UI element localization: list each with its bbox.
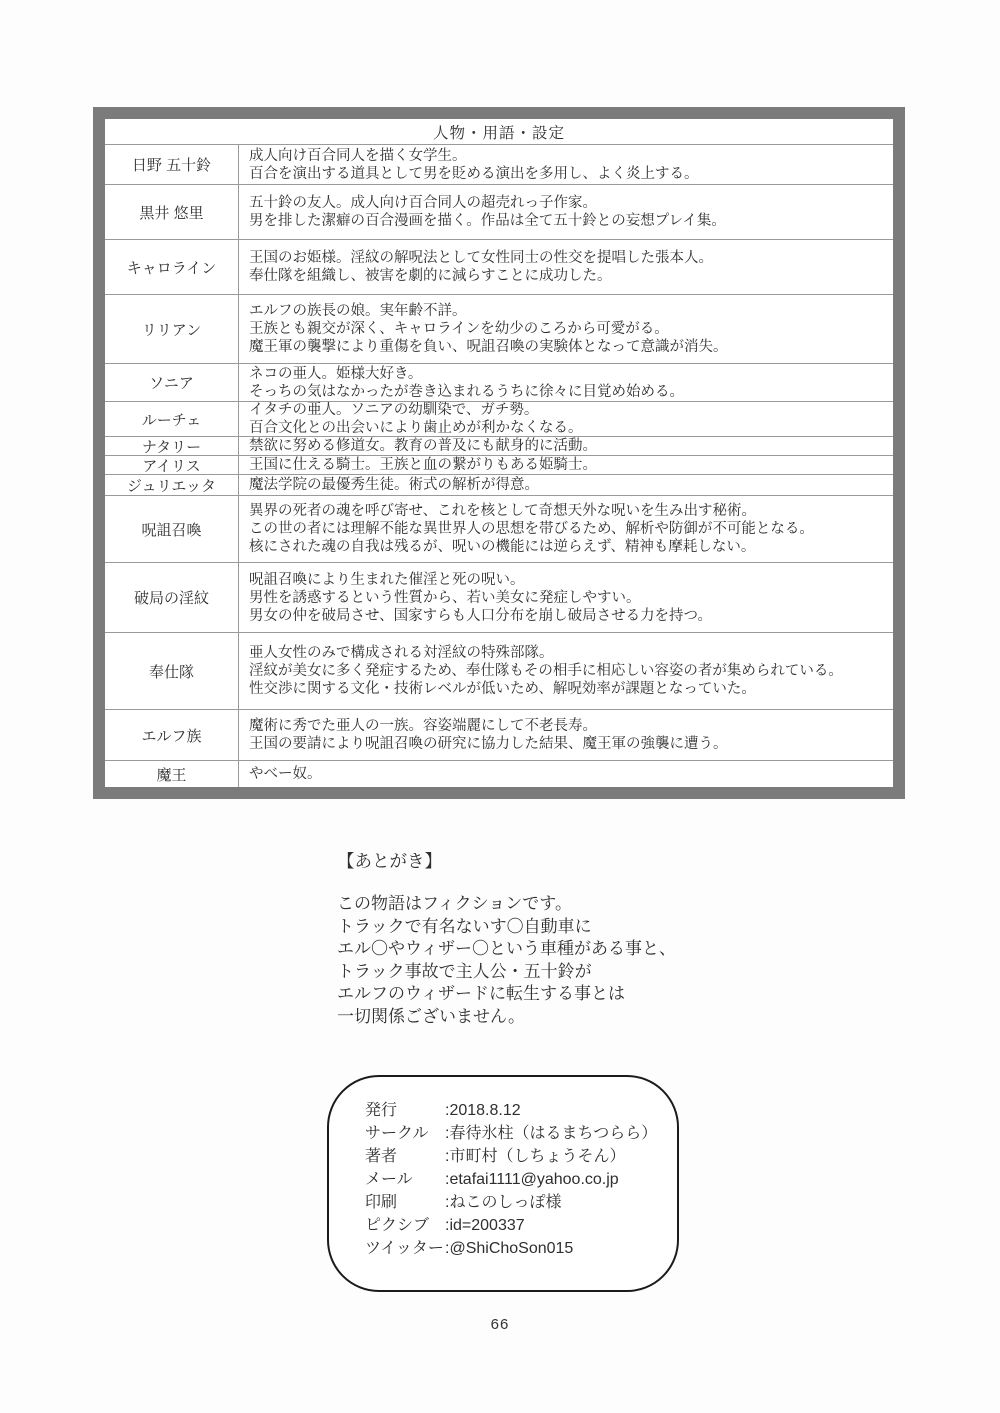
table-row: 黒井 悠里 五十鈴の友人。成人向け百合同人の超売れっ子作家。 男を排した潔癖の百… [105, 184, 893, 239]
afterword-heading: 【あとがき】 [337, 848, 676, 873]
table-row: ナタリー 禁欲に努める修道女。教育の普及にも献身的に活動。 [105, 436, 893, 455]
description-line: 王国に仕える騎士。王族と血の繋がりもある姫騎士。 [249, 456, 885, 474]
term-name: キャロライン [105, 240, 239, 294]
table-row: リリアン エルフの族長の娘。実年齢不詳。 王族とも親交が深く、キャロラインを幼少… [105, 294, 893, 363]
colophon-value: :市町村（しちょうそん） [445, 1145, 625, 1168]
term-description: 異界の死者の魂を呼び寄せ、これを核として奇想天外な呪いを生み出す秘術。 この世の… [239, 496, 893, 562]
table-row: 呪詛召喚 異界の死者の魂を呼び寄せ、これを核として奇想天外な呪いを生み出す秘術。… [105, 495, 893, 562]
description-line: 淫紋が美女に多く発症するため、奉仕隊もその相手に相応しい容姿の者が集められている… [249, 662, 885, 680]
table-row: アイリス 王国に仕える騎士。王族と血の繋がりもある姫騎士。 [105, 455, 893, 474]
term-name: 魔王 [105, 761, 239, 787]
term-description: ネコの亜人。姫様大好き。 そっちの気はなかったが巻き込まれるうちに徐々に目覚め始… [239, 364, 893, 401]
term-name: 奉仕隊 [105, 633, 239, 709]
afterword-line: エル〇やウィザー〇という車種がある事と、 [337, 938, 676, 961]
term-name: ルーチェ [105, 402, 239, 436]
description-line: 男女の仲を破局させ、国家すらも人口分布を崩し破局させる力を持つ。 [249, 607, 885, 625]
term-description: イタチの亜人。ソニアの幼馴染で、ガチ勢。 百合文化との出会いにより歯止めが利かな… [239, 402, 893, 436]
colophon-label: 発行 [365, 1099, 445, 1122]
glossary-table: 人物・用語・設定 日野 五十鈴 成人向け百合同人を描く女学生。 百合を演出する道… [93, 107, 905, 799]
page-number: 66 [0, 1316, 1000, 1333]
colophon-value: :id=200337 [445, 1214, 525, 1237]
afterword-line: この物語はフィクションです。 [337, 893, 676, 916]
term-description: 魔法学院の最優秀生徒。術式の解析が得意。 [239, 475, 893, 495]
description-line: 男性を誘惑するという性質から、若い美女に発症しやすい。 [249, 589, 885, 607]
description-line: 五十鈴の友人。成人向け百合同人の超売れっ子作家。 [249, 194, 885, 212]
term-description: 王国のお姫様。淫紋の解呪法として女性同士の性交を提唱した張本人。 奉仕隊を組織し… [239, 240, 893, 294]
description-line: この世の者には理解不能な異世界人の思想を帯びるため、解析や防御が不可能となる。 [249, 520, 885, 538]
term-description: 成人向け百合同人を描く女学生。 百合を演出する道具として男を貶める演出を多用し、… [239, 145, 893, 184]
afterword-section: 【あとがき】 この物語はフィクションです。 トラックで有名ないす〇自動車に エル… [337, 848, 676, 1028]
table-title: 人物・用語・設定 [105, 119, 893, 144]
colophon-row: ツイッター :@ShiChoSon015 [365, 1237, 677, 1260]
table-row: 破局の淫紋 呪詛召喚により生まれた催淫と死の呪い。 男性を誘惑するという性質から… [105, 562, 893, 632]
colophon-label: ピクシブ [365, 1214, 445, 1237]
description-line: エルフの族長の娘。実年齢不詳。 [249, 302, 885, 320]
term-name: 日野 五十鈴 [105, 145, 239, 184]
afterword-line: トラックで有名ないす〇自動車に [337, 916, 676, 939]
table-row: キャロライン 王国のお姫様。淫紋の解呪法として女性同士の性交を提唱した張本人。 … [105, 239, 893, 294]
colophon-value: :etafai1111@yahoo.co.jp [445, 1168, 619, 1191]
description-line: 魔王軍の襲撃により重傷を負い、呪詛召喚の実験体となって意識が消失。 [249, 338, 885, 356]
colophon-label: サークル [365, 1122, 445, 1145]
colophon-label: ツイッター [365, 1237, 445, 1260]
colophon-value: :@ShiChoSon015 [445, 1237, 573, 1260]
description-line: 王国のお姫様。淫紋の解呪法として女性同士の性交を提唱した張本人。 [249, 249, 885, 267]
afterword-line: トラック事故で主人公・五十鈴が [337, 961, 676, 984]
term-description: 魔術に秀でた亜人の一族。容姿端麗にして不老長寿。 王国の要請により呪詛召喚の研究… [239, 710, 893, 760]
colophon-row: 発行 :2018.8.12 [365, 1099, 677, 1122]
table-row: ソニア ネコの亜人。姫様大好き。 そっちの気はなかったが巻き込まれるうちに徐々に… [105, 363, 893, 401]
term-name: 黒井 悠里 [105, 185, 239, 239]
term-name: リリアン [105, 295, 239, 363]
description-line: やべー奴。 [249, 765, 885, 783]
table-row: 奉仕隊 亜人女性のみで構成される対淫紋の特殊部隊。 淫紋が美女に多く発症するため… [105, 632, 893, 709]
description-line: 呪詛召喚により生まれた催淫と死の呪い。 [249, 571, 885, 589]
description-line: 王族とも親交が深く、キャロラインを幼少のころから可愛がる。 [249, 320, 885, 338]
term-description: やべー奴。 [239, 761, 893, 787]
description-line: 亜人女性のみで構成される対淫紋の特殊部隊。 [249, 644, 885, 662]
afterword-body: この物語はフィクションです。 トラックで有名ないす〇自動車に エル〇やウィザー〇… [337, 893, 676, 1028]
term-description: 五十鈴の友人。成人向け百合同人の超売れっ子作家。 男を排した潔癖の百合漫画を描く… [239, 185, 893, 239]
description-line: 異界の死者の魂を呼び寄せ、これを核として奇想天外な呪いを生み出す秘術。 [249, 502, 885, 520]
description-line: 王国の要請により呪詛召喚の研究に協力した結果、魔王軍の強襲に遭う。 [249, 735, 885, 753]
term-name: ジュリエッタ [105, 475, 239, 495]
description-line: 男を排した潔癖の百合漫画を描く。作品は全て五十鈴との妄想プレイ集。 [249, 212, 885, 230]
term-name: ソニア [105, 364, 239, 401]
description-line: イタチの亜人。ソニアの幼馴染で、ガチ勢。 [249, 402, 885, 419]
table-row: 魔王 やべー奴。 [105, 760, 893, 787]
table-row: 日野 五十鈴 成人向け百合同人を描く女学生。 百合を演出する道具として男を貶める… [105, 144, 893, 184]
term-name: アイリス [105, 456, 239, 474]
description-line: 百合文化との出会いにより歯止めが利かなくなる。 [249, 419, 885, 436]
colophon-label: 著者 [365, 1145, 445, 1168]
colophon-value: :2018.8.12 [445, 1099, 521, 1122]
description-line: 奉仕隊を組織し、被害を劇的に減らすことに成功した。 [249, 267, 885, 285]
afterword-line: エルフのウィザードに転生する事とは [337, 983, 676, 1006]
colophon-box: 発行 :2018.8.12 サークル :春待氷柱（はるまちつらら） 著者 :市町… [327, 1075, 679, 1292]
description-line: 核にされた魂の自我は残るが、呪いの機能には逆らえず、精神も摩耗しない。 [249, 538, 885, 556]
term-name: 破局の淫紋 [105, 563, 239, 632]
description-line: 禁欲に努める修道女。教育の普及にも献身的に活動。 [249, 437, 885, 455]
description-line: 魔術に秀でた亜人の一族。容姿端麗にして不老長寿。 [249, 717, 885, 735]
term-name: 呪詛召喚 [105, 496, 239, 562]
colophon-row: メール :etafai1111@yahoo.co.jp [365, 1168, 677, 1191]
term-description: 禁欲に努める修道女。教育の普及にも献身的に活動。 [239, 437, 893, 455]
afterword-line: 一切関係ございません。 [337, 1006, 676, 1029]
colophon-row: 印刷 :ねこのしっぽ様 [365, 1191, 677, 1214]
colophon-label: 印刷 [365, 1191, 445, 1214]
colophon-value: :春待氷柱（はるまちつらら） [445, 1122, 657, 1145]
colophon-row: サークル :春待氷柱（はるまちつらら） [365, 1122, 677, 1145]
description-line: 成人向け百合同人を描く女学生。 [249, 147, 885, 165]
description-line: 魔法学院の最優秀生徒。術式の解析が得意。 [249, 476, 885, 494]
table-row: ジュリエッタ 魔法学院の最優秀生徒。術式の解析が得意。 [105, 474, 893, 495]
colophon-row: 著者 :市町村（しちょうそん） [365, 1145, 677, 1168]
term-name: エルフ族 [105, 710, 239, 760]
table-row: エルフ族 魔術に秀でた亜人の一族。容姿端麗にして不老長寿。 王国の要請により呪詛… [105, 709, 893, 760]
description-line: ネコの亜人。姫様大好き。 [249, 365, 885, 383]
colophon-label: メール [365, 1168, 445, 1191]
table-row: ルーチェ イタチの亜人。ソニアの幼馴染で、ガチ勢。 百合文化との出会いにより歯止… [105, 401, 893, 436]
term-description: エルフの族長の娘。実年齢不詳。 王族とも親交が深く、キャロラインを幼少のころから… [239, 295, 893, 363]
term-name: ナタリー [105, 437, 239, 455]
colophon-value: :ねこのしっぽ様 [445, 1191, 561, 1214]
description-line: そっちの気はなかったが巻き込まれるうちに徐々に目覚め始める。 [249, 383, 885, 401]
description-line: 性交渉に関する文化・技術レベルが低いため、解呪効率が課題となっていた。 [249, 680, 885, 698]
description-line: 百合を演出する道具として男を貶める演出を多用し、よく炎上する。 [249, 165, 885, 183]
term-description: 亜人女性のみで構成される対淫紋の特殊部隊。 淫紋が美女に多く発症するため、奉仕隊… [239, 633, 893, 709]
term-description: 呪詛召喚により生まれた催淫と死の呪い。 男性を誘惑するという性質から、若い美女に… [239, 563, 893, 632]
term-description: 王国に仕える騎士。王族と血の繋がりもある姫騎士。 [239, 456, 893, 474]
colophon-row: ピクシブ :id=200337 [365, 1214, 677, 1237]
